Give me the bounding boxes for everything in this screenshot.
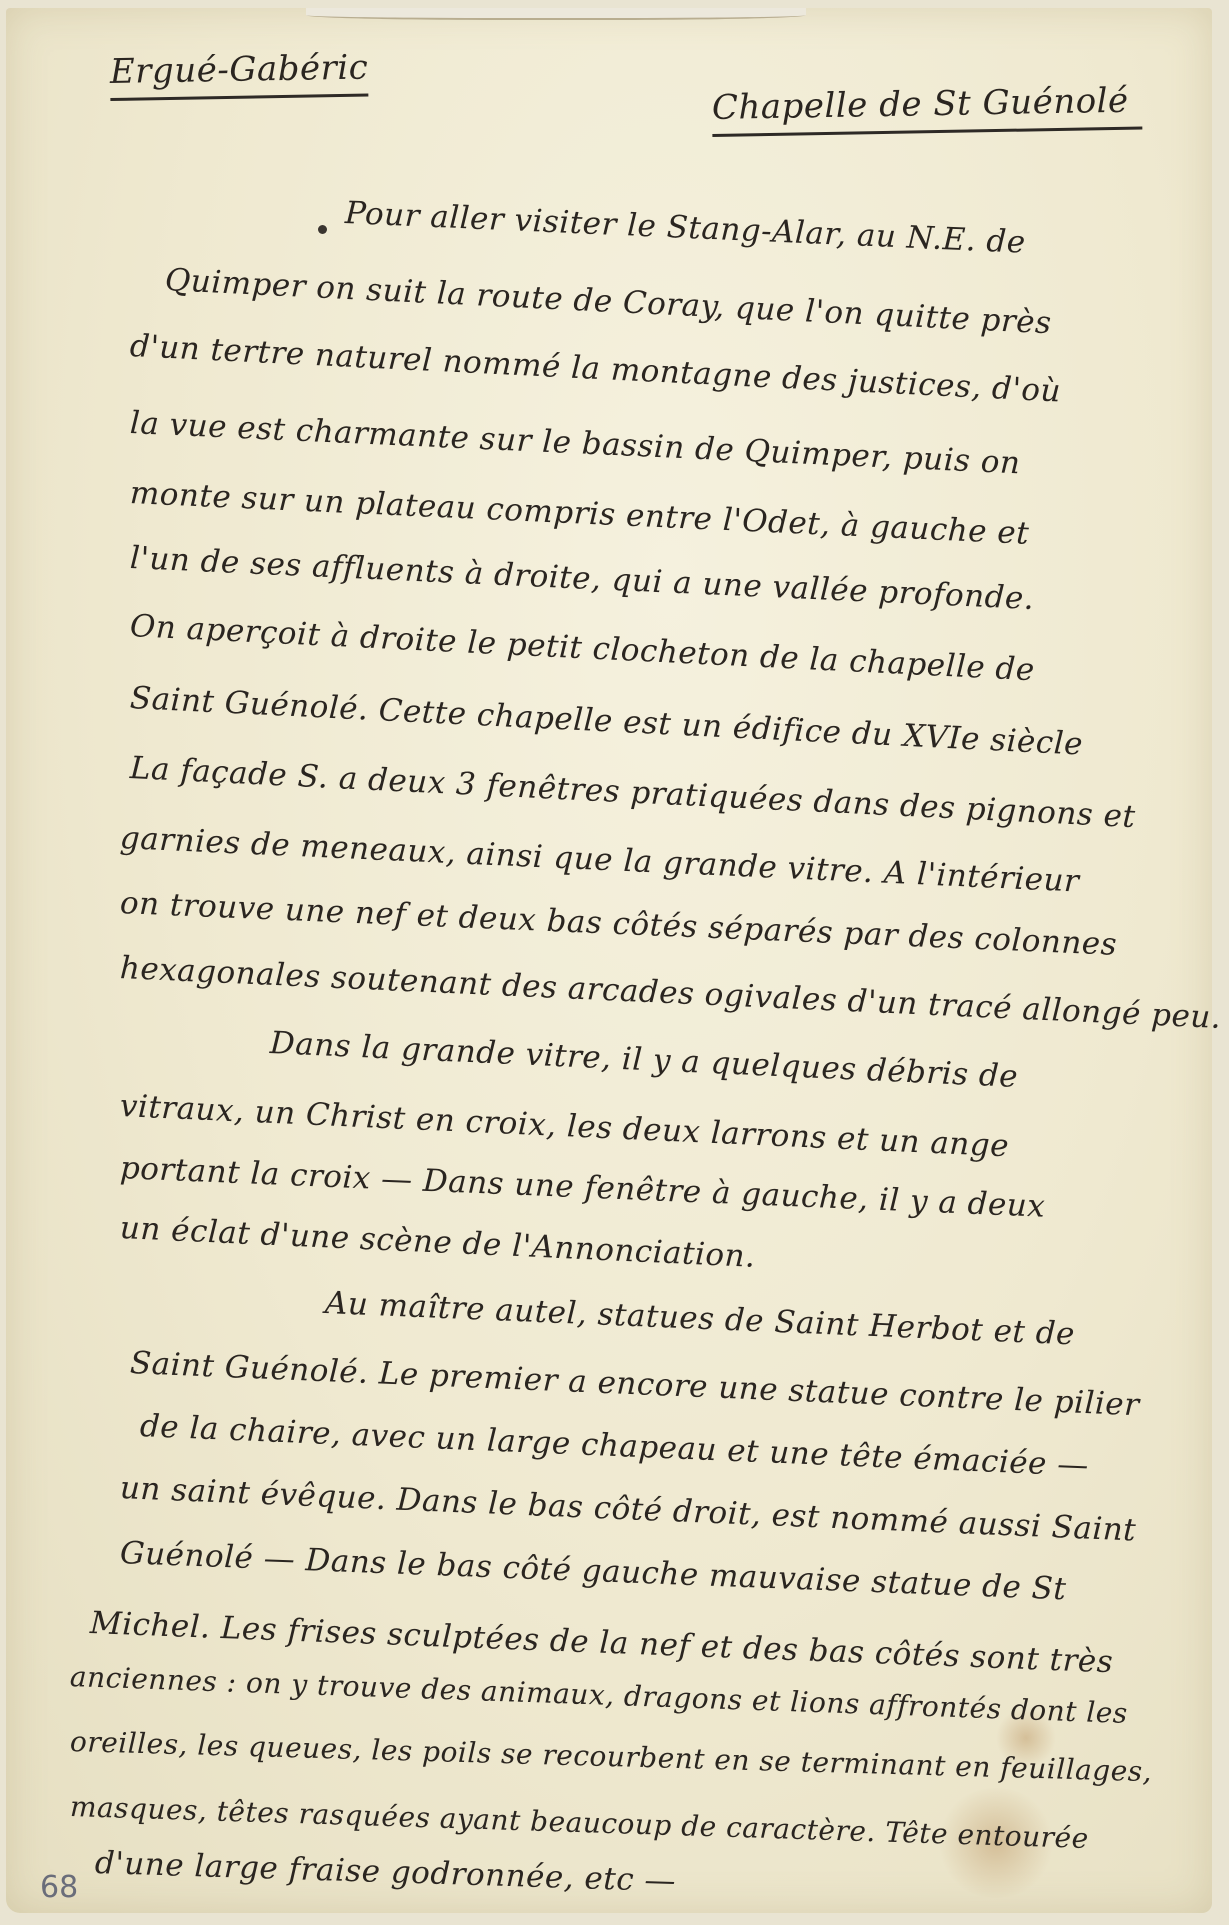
- heading-location: Ergué-Gabéric: [110, 47, 369, 101]
- ink-blot: [318, 225, 327, 234]
- paper-torn-edge: [306, 8, 806, 20]
- page-number: 68: [40, 1870, 78, 1905]
- heading-title: Chapelle de St Guénolé: [712, 80, 1143, 136]
